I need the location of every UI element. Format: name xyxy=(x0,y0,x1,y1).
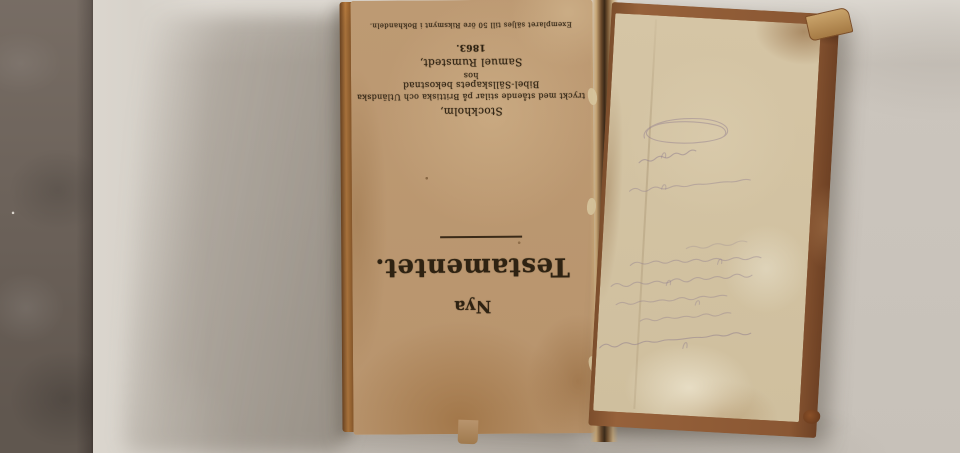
page-corner-tab xyxy=(458,420,479,445)
imprint-price-line: Exemplaret säljes till 50 öre Riksmynt i… xyxy=(357,20,585,30)
imprint-year: 1863. xyxy=(357,41,585,53)
photo-of-antique-book: Exemplaret säljes till 50 öre Riksmynt i… xyxy=(0,0,960,453)
inside-cover-board xyxy=(588,2,839,438)
imprint-city: Stockholm, xyxy=(357,104,585,118)
dark-surface-strip xyxy=(0,0,93,453)
book-title-top: Nya xyxy=(359,295,587,317)
imprint-printed-with: tryckt med stående stilar på Brittiska o… xyxy=(357,91,585,102)
book-cast-shadow xyxy=(122,16,366,453)
title-page: Exemplaret säljes till 50 öre Riksmynt i… xyxy=(350,0,595,435)
imprint-bible-society: Bibel-Sällskapets bekostnad xyxy=(357,78,585,90)
imprint-printer: Samuel Rumstedt, xyxy=(357,55,585,69)
book-title-main: Testamentet. xyxy=(358,251,586,283)
title-divider-rule xyxy=(440,236,522,239)
endpaper-page xyxy=(593,13,821,422)
endpaper-crease xyxy=(633,19,657,409)
